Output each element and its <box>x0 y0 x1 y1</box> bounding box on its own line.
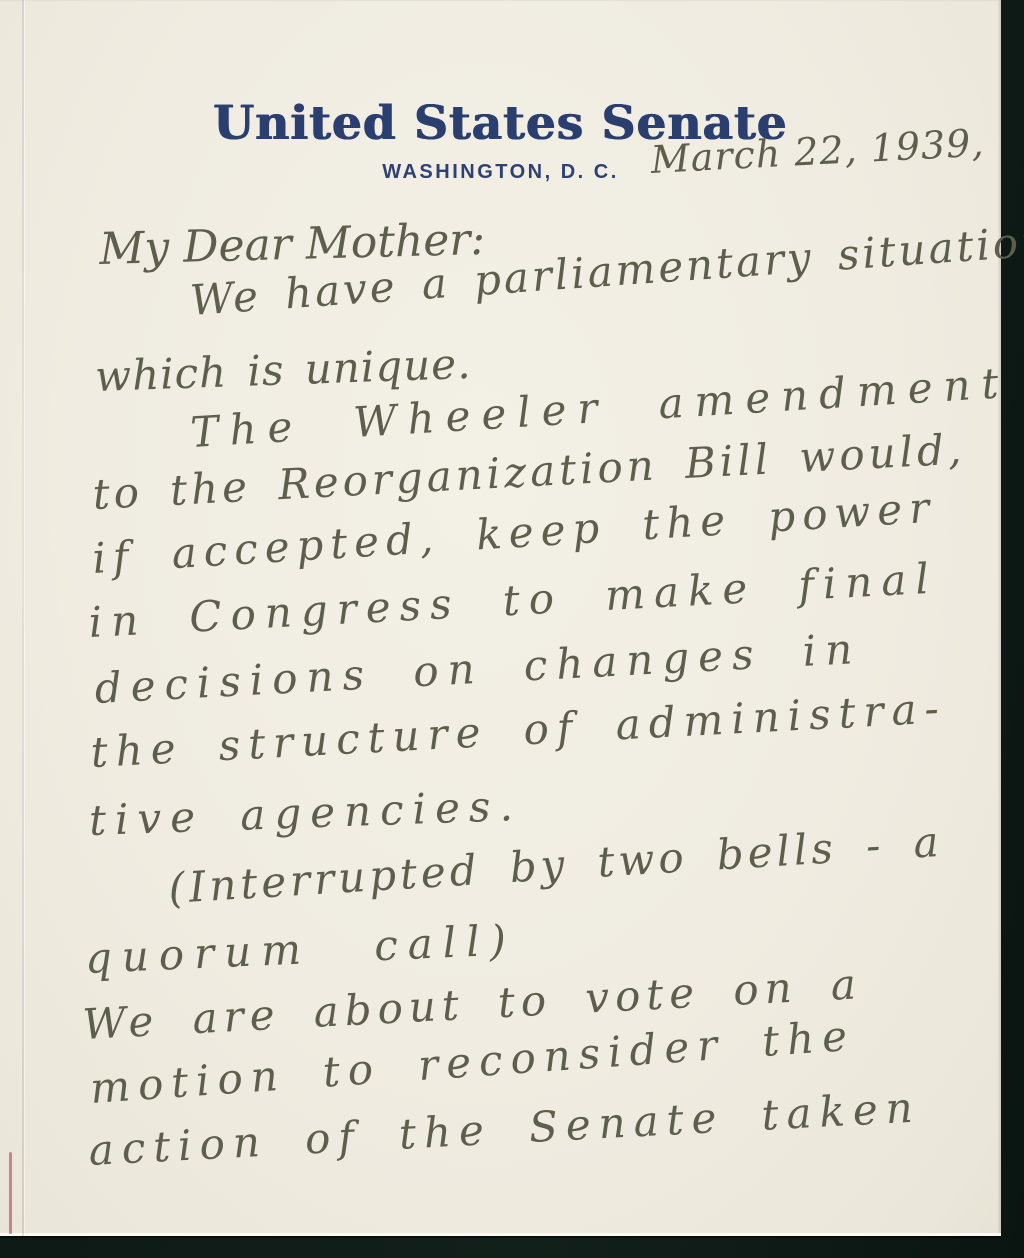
scan-scene: United States Senate WASHINGTON, D. C. M… <box>0 0 1024 1258</box>
handwritten-line: quorum call) <box>84 915 517 983</box>
handwritten-line: tive agencies. <box>88 781 522 845</box>
handwritten-line: which is unique. <box>94 339 472 401</box>
fold-crease <box>22 0 24 1236</box>
letter-paper: United States Senate WASHINGTON, D. C. M… <box>0 0 1001 1236</box>
photo-background: { "letterhead": { "title": "United State… <box>0 0 1024 1258</box>
red-edge-mark <box>9 1152 12 1234</box>
